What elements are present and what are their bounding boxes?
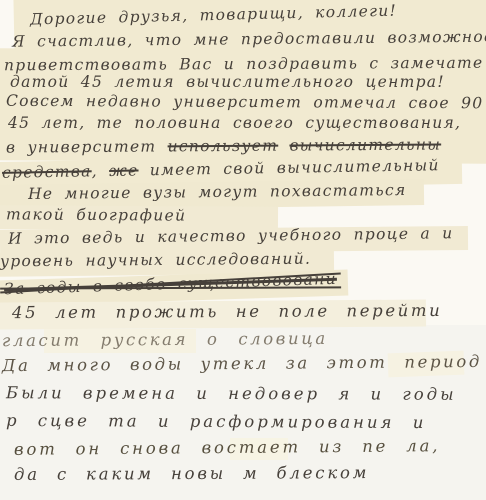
line-text: Я счастлив, что мне предоставили возможн…	[12, 27, 486, 50]
line-text: да с каким новы м блеском	[14, 463, 369, 484]
line-text: р сцве та и расформирования и	[6, 411, 426, 432]
handwritten-line: датой 45 летия вычислительного центра!	[10, 73, 445, 91]
handwritten-line: 45 лет прожить не поле перейти	[12, 301, 442, 322]
line-text: гласит русская о словица	[2, 329, 328, 350]
handwritten-line: приветствовать Вас и поздравить с замеча…	[4, 54, 484, 75]
line-text: вот он снова востает из пе ла,	[14, 436, 440, 459]
line-text: имеет свой вычислительный	[138, 156, 440, 179]
handwritten-line: И это ведь и качество учебного проце а и	[8, 224, 454, 247]
handwritten-lines: Дорогие друзья, товарищи, коллеги!Я счас…	[0, 0, 486, 500]
line-text: такой биографией	[6, 205, 186, 224]
handwritten-line: Совсем недавно университет отмечал свое …	[6, 92, 484, 112]
handwritten-line: средства, же имеет свой вычислительный	[2, 156, 440, 182]
line-text: И это ведь и качество учебного проце а и	[8, 224, 454, 247]
handwritten-line: Да много воды утекл за этот период	[2, 352, 482, 375]
struck-text: же	[109, 161, 139, 180]
line-text: 45 лет, те половина своего существования…	[8, 114, 461, 132]
line-text: 45 лет прожить не поле перейти	[12, 301, 442, 322]
struck-text: вычислительны	[289, 135, 441, 154]
handwritten-line: 45 лет, те половина своего существования…	[8, 114, 461, 132]
handwritten-line: Дорогие друзья, товарищи, коллеги!	[30, 2, 397, 29]
handwritten-line: Не многие вузы могут похвастаться	[28, 181, 407, 203]
handwritten-line: такой биографией	[6, 205, 186, 224]
line-text: Не многие вузы могут похвастаться	[28, 181, 407, 203]
line-text: Совсем недавно университет отмечал свое …	[6, 92, 484, 112]
line-text	[278, 137, 289, 155]
line-text: Были времена и недовер я и годы	[6, 383, 457, 404]
struck-text: использует	[168, 137, 279, 156]
handwritten-line: гласит русская о словица	[2, 329, 328, 350]
handwritten-line: Я счастлив, что мне предоставили возможн…	[12, 27, 486, 50]
handwritten-letter: Дорогие друзья, товарищи, коллеги!Я счас…	[0, 0, 486, 500]
handwritten-line: да с каким новы м блеском	[14, 463, 369, 484]
struck-text: средства	[2, 162, 92, 182]
struck-text: За годы в свобо существововани	[4, 270, 337, 298]
line-text: приветствовать Вас и поздравить с замеча…	[4, 54, 484, 75]
line-text: уровень научных исследований.	[0, 250, 311, 271]
handwritten-line: Были времена и недовер я и годы	[6, 383, 457, 404]
line-text: ,	[92, 162, 110, 180]
handwritten-line: вот он снова востает из пе ла,	[14, 436, 440, 459]
line-text: Дорогие друзья, товарищи, коллеги!	[30, 2, 397, 29]
line-text: в университет	[6, 137, 168, 156]
handwritten-line: За годы в свобо существововани	[4, 270, 337, 298]
line-text: датой 45 летия вычислительного центра!	[10, 73, 445, 91]
handwritten-line: в университет использует вычислительны	[6, 135, 441, 156]
handwritten-line: р сцве та и расформирования и	[6, 411, 426, 432]
line-text: Да много воды утекл за этот период	[2, 352, 482, 375]
handwritten-line: уровень научных исследований.	[0, 250, 311, 271]
